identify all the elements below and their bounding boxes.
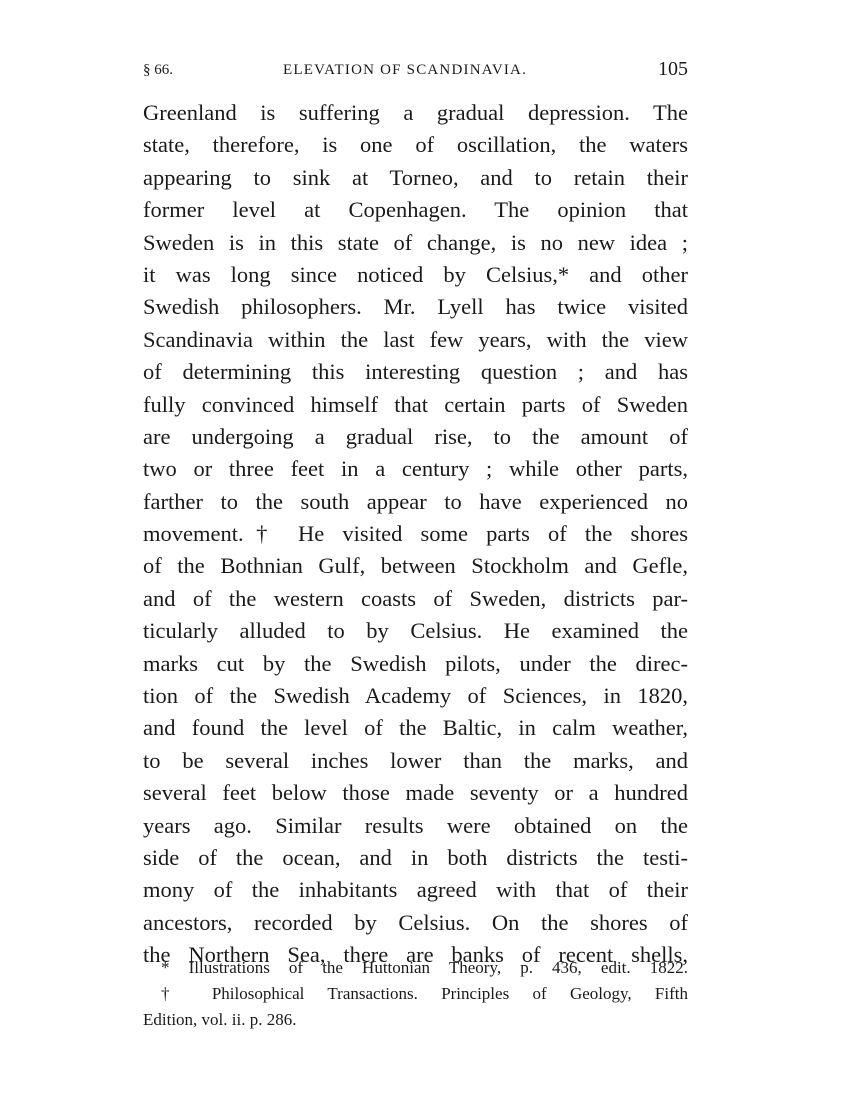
footnote-asterisk: * Illustrations of the Huttonian Theory,… — [143, 955, 688, 981]
running-head: § 66. ELEVATION OF SCANDINAVIA. 105 — [143, 58, 688, 84]
text-line: years ago. Similar results were obtained… — [143, 810, 688, 842]
text-line: Scandinavia within the last few years, w… — [143, 324, 688, 356]
text-line: tion of the Swedish Academy of Sciences,… — [143, 680, 688, 712]
text-line: farther to the south appear to have expe… — [143, 486, 688, 518]
text-line: of determining this interesting question… — [143, 356, 688, 388]
text-line: ticularly alluded to by Celsius. He exam… — [143, 615, 688, 647]
footnotes: * Illustrations of the Huttonian Theory,… — [143, 955, 688, 1033]
footnote-dagger: † Philosophical Transactions. Principles… — [143, 981, 688, 1007]
text-line: fully convinced himself that certain par… — [143, 389, 688, 421]
text-line: two or three feet in a century ; while o… — [143, 453, 688, 485]
text-line: Sweden is in this state of change, is no… — [143, 227, 688, 259]
text-line: and found the level of the Baltic, in ca… — [143, 712, 688, 744]
section-number: § 66. — [143, 62, 173, 79]
book-page: § 66. ELEVATION OF SCANDINAVIA. 105 Gree… — [0, 0, 850, 1100]
text-line: and of the western coasts of Sweden, dis… — [143, 583, 688, 615]
text-line: Swedish philosophers. Mr. Lyell has twic… — [143, 291, 688, 323]
text-line: ancestors, recorded by Celsius. On the s… — [143, 907, 688, 939]
text-line: mony of the inhabitants agreed with that… — [143, 874, 688, 906]
text-line: appearing to sink at Torneo, and to reta… — [143, 162, 688, 194]
body-text: Greenland is suffering a gradual depress… — [143, 97, 688, 972]
text-line: Greenland is suffering a gradual depress… — [143, 97, 688, 129]
footnote-dagger-continued: Edition, vol. ii. p. 286. — [143, 1007, 688, 1033]
text-line: state, therefore, is one of oscillation,… — [143, 129, 688, 161]
page-number: 105 — [658, 58, 688, 81]
text-line: side of the ocean, and in both districts… — [143, 842, 688, 874]
chapter-title: ELEVATION OF SCANDINAVIA. — [283, 62, 527, 79]
text-line: it was long since noticed by Celsius,* a… — [143, 259, 688, 291]
text-line: are undergoing a gradual rise, to the am… — [143, 421, 688, 453]
text-line: marks cut by the Swedish pilots, under t… — [143, 648, 688, 680]
text-line: movement.† He visited some parts of the … — [143, 518, 688, 550]
text-line: to be several inches lower than the mark… — [143, 745, 688, 777]
text-line: former level at Copenhagen. The opinion … — [143, 194, 688, 226]
text-line: of the Bothnian Gulf, between Stockholm … — [143, 550, 688, 582]
text-line: several feet below those made seventy or… — [143, 777, 688, 809]
